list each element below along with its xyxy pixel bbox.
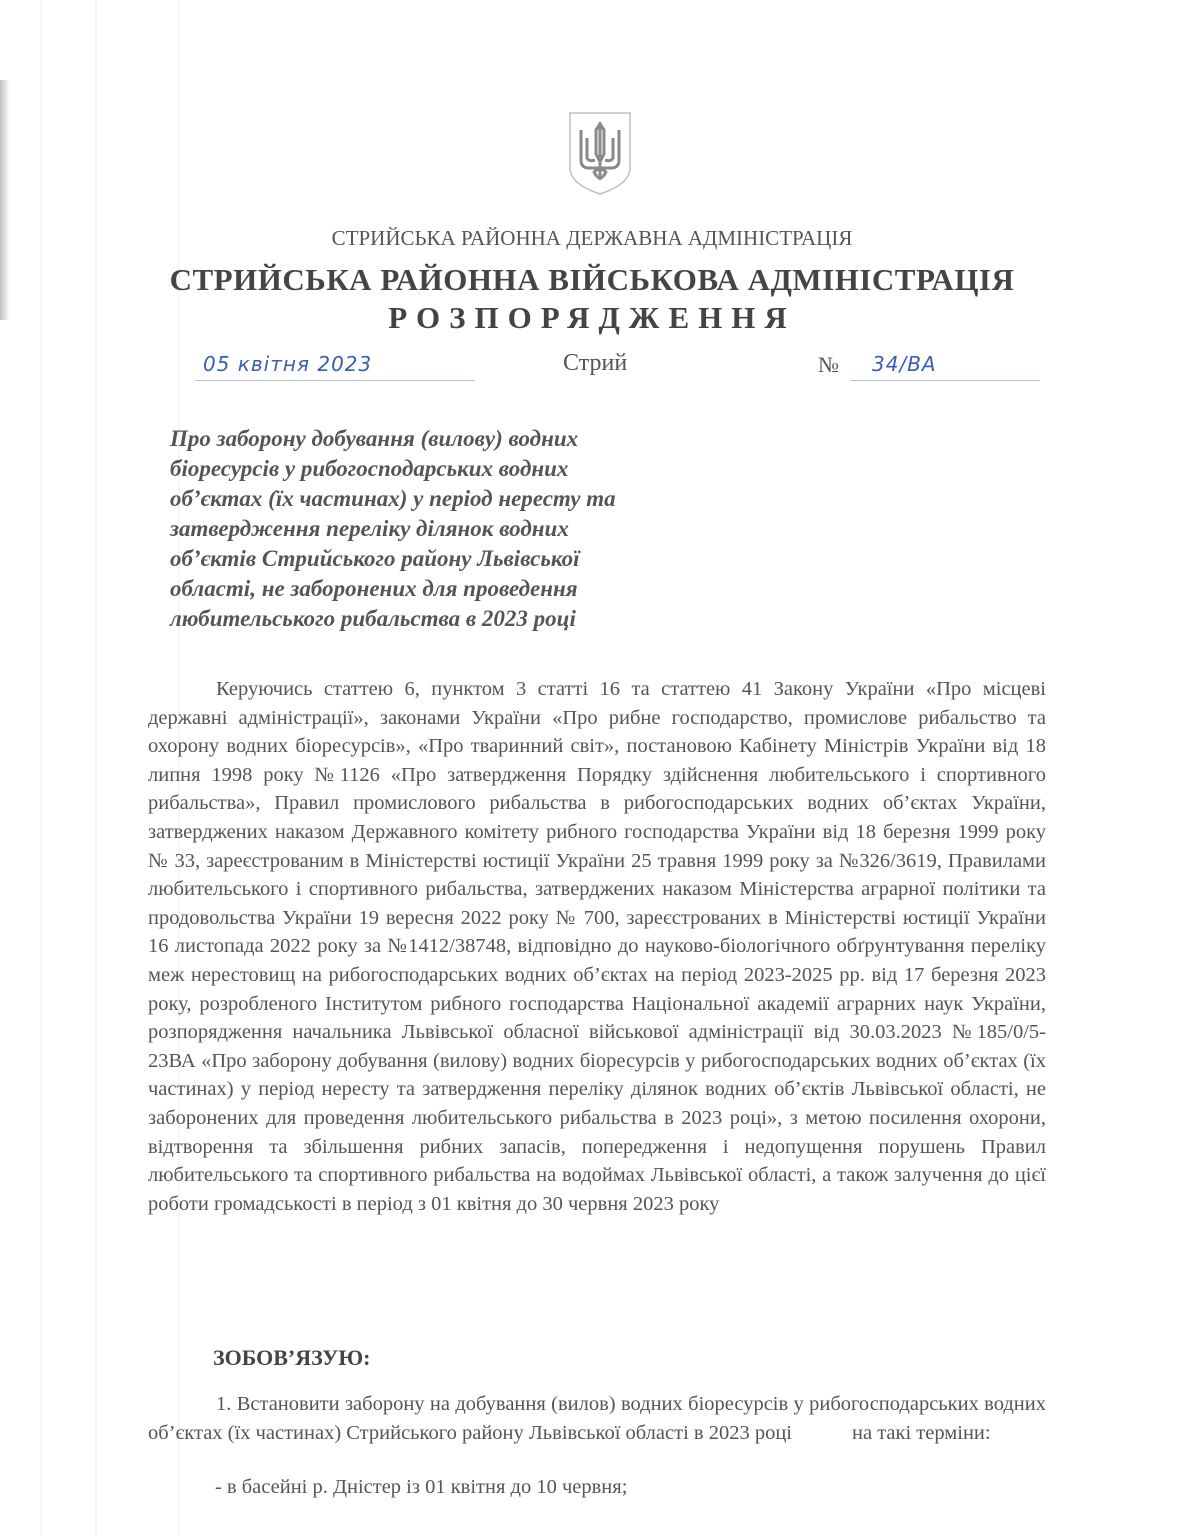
- subject-line: затвердження переліку ділянок водних: [170, 514, 730, 544]
- resolve-heading: ЗОБОВ’ЯЗУЮ:: [213, 1345, 370, 1371]
- order-item-1-terms: на такі терміни:: [852, 1422, 991, 1444]
- number-label: №: [818, 352, 839, 378]
- org-name-military-administration: СТРИЙСЬКА РАЙОННА ВІЙСЬКОВА АДМІНІСТРАЦІ…: [0, 262, 1184, 298]
- handwritten-date: 05 квітня 2023: [203, 352, 372, 376]
- subject-line: любительського рибальства в 2023 році: [170, 604, 730, 634]
- preamble-paragraph: Керуючись статтею 6, пунктом 3 статті 16…: [148, 675, 1046, 1218]
- city-name: Стрий: [563, 350, 627, 377]
- document-subject: Про заборону добування (вилову) водних б…: [170, 424, 730, 634]
- document-meta-row: 05 квітня 2023 Стрий № 34/ВА: [195, 350, 1045, 386]
- number-field: 34/ВА: [850, 350, 1040, 381]
- document-type-title: РОЗПОРЯДЖЕННЯ: [0, 300, 1184, 336]
- order-item-1: 1. Встановити заборону на добування (вил…: [148, 1390, 1046, 1447]
- date-field: 05 квітня 2023: [195, 350, 475, 381]
- subject-line: області, не заборонених для проведення: [170, 574, 730, 604]
- handwritten-number: 34/ВА: [872, 352, 937, 376]
- subject-line: об’єктів Стрийського району Львівської: [170, 544, 730, 574]
- document-page: СТРИЙСЬКА РАЙОННА ДЕРЖАВНА АДМІНІСТРАЦІЯ…: [0, 0, 1184, 1536]
- subject-line: об’єктах (їх частинах) у період нересту …: [170, 484, 730, 514]
- org-name-state-administration: СТРИЙСЬКА РАЙОННА ДЕРЖАВНА АДМІНІСТРАЦІЯ: [0, 226, 1184, 251]
- order-sub-item-dniester: - в басейні р. Дністер із 01 квітня до 1…: [215, 1476, 627, 1499]
- ukraine-trident-emblem-icon: [567, 110, 633, 196]
- subject-line: біоресурсів у рибогосподарських водних: [170, 454, 730, 484]
- subject-line: Про заборону добування (вилову) водних: [170, 424, 730, 454]
